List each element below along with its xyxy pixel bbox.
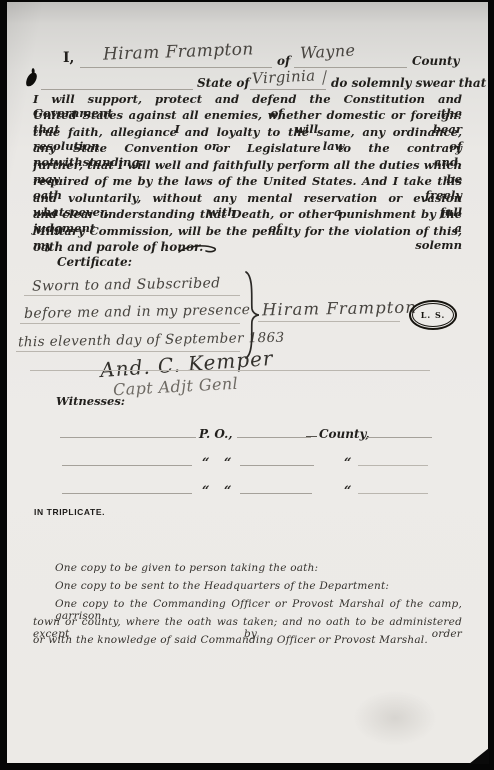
ditto-mark: “: [224, 484, 231, 499]
oath-taker-signature: Hiram Frampton: [262, 298, 417, 320]
witness2-name-line: [62, 465, 192, 466]
witness2-county-line: [358, 465, 428, 466]
oath-opening-word: I,: [63, 50, 74, 66]
witness3-po-line: [240, 493, 312, 494]
distribution-line: or with the knowledge of said Commanding…: [33, 634, 428, 646]
name-handwritten: Hiram Frampton: [103, 39, 254, 64]
state-blank-line: [250, 89, 326, 90]
witnesses-label: Witnesses:: [56, 394, 125, 408]
certificate-rule-1: [24, 295, 240, 296]
witness3-county-line: [358, 493, 428, 494]
certificate-label: Certificate:: [57, 255, 132, 269]
county-label: County: [412, 54, 460, 68]
county-handwritten: Wayne: [300, 41, 356, 63]
curly-brace: [243, 271, 261, 359]
sworn-line-2: before me and in my presence: [24, 302, 251, 322]
ink-blot: [25, 71, 38, 88]
officer-signature-rule: [30, 370, 430, 371]
name-blank-line: [80, 67, 272, 68]
flourish-swash: [178, 245, 220, 255]
ditto-mark: “: [202, 484, 209, 499]
witness1-dash: [306, 436, 317, 437]
ditto-mark: “: [344, 484, 351, 499]
state-label: State of: [197, 76, 250, 90]
witness3-name-line: [62, 493, 192, 494]
seal-ls: L. S.: [409, 300, 457, 330]
distribution-line: One copy to be given to person taking th…: [55, 562, 318, 574]
signature-rule: [258, 321, 400, 322]
po-label: P. O.,: [199, 427, 233, 441]
witness1-name-line: [60, 437, 196, 438]
ditto-mark: “: [224, 456, 231, 471]
state-handwritten: Virginia: [252, 66, 316, 87]
stray-pen-mark: [322, 70, 327, 85]
sworn-line-1: Sworn to and Subscribed: [32, 275, 221, 294]
witness2-po-line: [240, 465, 314, 466]
swear-intro: do solemnly swear that: [331, 76, 486, 90]
blank-line-2: [41, 89, 193, 90]
certificate-rule-2: [20, 323, 240, 324]
seal-text: L. S.: [421, 310, 445, 320]
witness1-county-line: [366, 437, 432, 438]
ditto-mark: “: [344, 456, 351, 471]
of-label: of: [277, 54, 290, 68]
scanned-oath-document: I, Hiram Frampton of Wayne County State …: [0, 0, 494, 770]
distribution-line: One copy to be sent to the Headquarters …: [55, 580, 389, 592]
ditto-mark: “: [202, 456, 209, 471]
witness1-po-line: [237, 437, 311, 438]
county2-label: County,: [319, 427, 370, 441]
triplicate-note: IN TRIPLICATE.: [34, 507, 105, 517]
